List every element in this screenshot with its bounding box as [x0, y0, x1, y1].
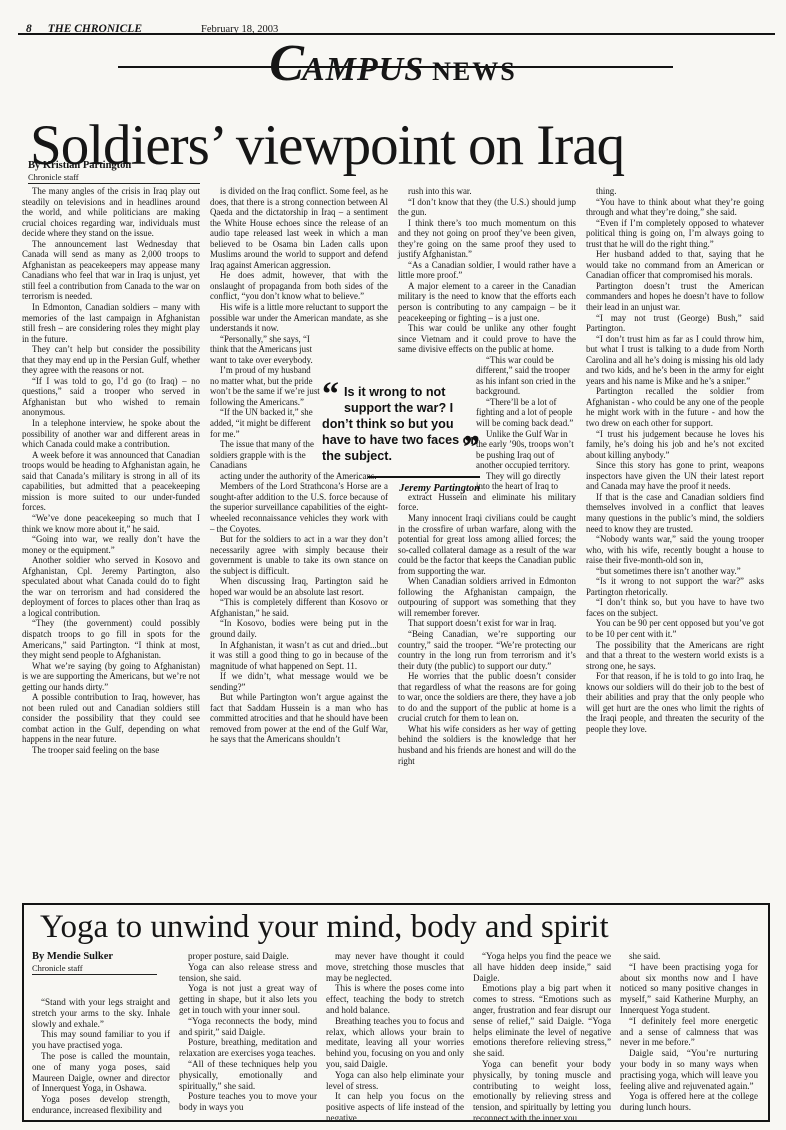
column-2-bottom: acting under the authority of the Americ… — [210, 471, 388, 745]
paragraph: When Canadian soldiers arrived in Edmont… — [398, 576, 576, 618]
paragraph: “Being Canadian, we’re supporting our co… — [398, 629, 576, 671]
paragraph: “They (the government) could possibly di… — [22, 618, 200, 660]
column-3-bottom: extract Hussein and eliminate his milita… — [398, 492, 576, 766]
paragraph: “We’ve done peacekeeping so much that I … — [22, 513, 200, 534]
paragraph: You can be 90 per cent opposed but you’v… — [586, 618, 764, 639]
yoga-column-2: proper posture, said Daigle.Yoga can als… — [179, 951, 317, 1122]
paragraph: In Edmonton, Canadian soldiers – many wi… — [22, 302, 200, 344]
paragraph: Since this story has gone to print, weap… — [586, 460, 764, 492]
paragraph: A week before it was announced that Cana… — [22, 450, 200, 513]
paragraph: A possible contribution to Iraq, however… — [22, 692, 200, 745]
paragraph: is divided on the Iraq conflict. Some fe… — [210, 186, 388, 270]
article-column-1: The many angles of the crisis in Iraq pl… — [22, 186, 200, 900]
paragraph: Partington doesn’t trust the American co… — [586, 281, 764, 313]
paragraph: When discussing Iraq, Partington said he… — [210, 576, 388, 597]
paragraph: If we didn’t, what message would we be s… — [210, 671, 388, 692]
paragraph: Yoga can also release stress and tension… — [179, 962, 317, 984]
yoga-column-5: she said.“I have been practising yoga fo… — [620, 951, 758, 1122]
paragraph: This is where the poses come into effect… — [326, 983, 464, 1015]
pull-quote-text: Is it wrong to not support the war? I do… — [322, 385, 478, 463]
paragraph: I think there’s too much momentum on thi… — [398, 218, 576, 260]
paragraph: “but sometimes there isn’t another way.” — [586, 566, 764, 577]
yoga-column-1: By Mendie Sulker Chronicle staff “Stand … — [32, 951, 170, 1122]
paragraph: Posture, breathing, meditation and relax… — [179, 1037, 317, 1059]
paragraph: What we’re saying (by going to Afghanist… — [22, 661, 200, 693]
paragraph: “I may not trust (George) Bush,” said Pa… — [586, 313, 764, 334]
paragraph: He worries that the public doesn’t consi… — [398, 671, 576, 724]
paragraph: “Going into war, we really don’t have th… — [22, 534, 200, 555]
paragraph: “You have to think about what they’re go… — [586, 197, 764, 218]
yoga-column-3: may never have thought it could move, st… — [326, 951, 464, 1122]
paragraph: may never have thought it could move, st… — [326, 951, 464, 983]
paragraph: “There’ll be a lot of fighting and a lot… — [476, 397, 576, 429]
paragraph: Yoga can benefit your body physically, b… — [473, 1059, 611, 1122]
paragraph: proper posture, said Daigle. — [179, 951, 317, 962]
main-byline-block: By Kristian Partington Chronicle staff — [28, 160, 208, 184]
paragraph: “This is completely different than Kosov… — [210, 597, 388, 618]
main-article-body: The many angles of the crisis in Iraq pl… — [22, 186, 764, 900]
yoga-article-box: Yoga to unwind your mind, body and spiri… — [22, 903, 770, 1122]
paragraph: “If I was told to go, I’d go (to Iraq) –… — [22, 376, 200, 418]
paragraph: Unlike the Gulf War in the early ’90s, t… — [476, 429, 576, 471]
paragraph: “Even if I’m completely opposed to whate… — [586, 218, 764, 250]
paragraph: Yoga is not just a great way of getting … — [179, 983, 317, 1015]
paragraph: They can’t help but consider the possibi… — [22, 344, 200, 376]
paragraph: Yoga can also help eliminate your level … — [326, 1070, 464, 1092]
paragraph: The trooper said feeling on the base — [22, 745, 200, 756]
paragraph: “I don’t know that they (the U.S.) shoul… — [398, 197, 576, 218]
paragraph: Partington recalled the soldier from Afg… — [586, 386, 764, 428]
paragraph: But while Partington won’t argue against… — [210, 692, 388, 745]
paragraph: Another soldier who served in Kosovo and… — [22, 555, 200, 618]
paragraph: Yoga poses develop strength, endurance, … — [32, 1094, 170, 1116]
paragraph: “Is it wrong to not support the war?” as… — [586, 576, 764, 597]
paragraph: Breathing teaches you to focus and relax… — [326, 1016, 464, 1070]
paragraph: rush into this war. — [398, 186, 576, 197]
paragraph: Yoga is offered here at the college duri… — [620, 1091, 758, 1113]
paragraph: The issue that many of the soldiers grap… — [210, 439, 320, 471]
paragraph: A major element to a career in the Canad… — [398, 281, 576, 323]
main-byline: By Kristian Partington — [28, 160, 208, 171]
paragraph: she said. — [620, 951, 758, 962]
column-2-top: is divided on the Iraq conflict. Some fe… — [210, 186, 388, 334]
paragraph: “I have been practising yoga for about s… — [620, 962, 758, 1016]
page-header: 8 THE CHRONICLE February 18, 2003 — [26, 19, 770, 34]
paragraph: His wife is a little more reluctant to s… — [210, 302, 388, 334]
section-title-initial: C — [269, 35, 302, 92]
paragraph: The many angles of the crisis in Iraq pl… — [22, 186, 200, 239]
paragraph: “I don’t think so, but you have to have … — [586, 597, 764, 618]
article-column-3: rush into this war.“I don’t know that th… — [398, 186, 576, 900]
section-title-suffix: NEWS — [432, 57, 517, 86]
paragraph: The possibility that the Americans are r… — [586, 640, 764, 672]
paragraph: “Yoga helps you find the peace we all ha… — [473, 951, 611, 983]
paragraph: “This war could be different,” said the … — [476, 355, 576, 397]
section-title-rest: AMPUS — [302, 51, 424, 88]
article-column-2: is divided on the Iraq conflict. Some fe… — [210, 186, 388, 900]
paragraph: “Personally,” she says, “I think that th… — [210, 334, 320, 366]
paragraph: Posture teaches you to move your body in… — [179, 1091, 317, 1113]
paragraph: Daigle said, “You’re nurturing your body… — [620, 1048, 758, 1091]
paragraph: thing. — [586, 186, 764, 197]
paragraph: “Stand with your legs straight and stret… — [32, 997, 170, 1029]
column-2-beside-quote: “Personally,” she says, “I think that th… — [210, 334, 320, 471]
article-column-4: thing.“You have to think about what they… — [586, 186, 764, 900]
paragraph: They will go directly into the heart of … — [476, 471, 576, 492]
paragraph: The pose is called the mountain, one of … — [32, 1051, 170, 1094]
column-3-beside-quote: “This war could be different,” said the … — [476, 355, 576, 492]
paragraph: “I don’t trust him as far as I could thr… — [586, 334, 764, 387]
yoga-column-1-text: “Stand with your legs straight and stret… — [32, 997, 170, 1116]
paragraph: Her husband added to that, saying that h… — [586, 249, 764, 281]
pull-quote-attribution: Jeremy Partington — [322, 481, 480, 497]
paragraph: Many innocent Iraqi civilians could be c… — [398, 513, 576, 576]
paragraph: “Yoga reconnects the body, mind and spir… — [179, 1016, 317, 1038]
paragraph: This may sound familiar to you if you ha… — [32, 1029, 170, 1051]
paragraph: “In Kosovo, bodies were being put in the… — [210, 618, 388, 639]
paragraph: The announcement last Wednesday that Can… — [22, 239, 200, 302]
attribution-rule — [368, 476, 480, 478]
paragraph: “Nobody wants war,” said the young troop… — [586, 534, 764, 566]
paragraph: “I definitely feel more energetic and a … — [620, 1016, 758, 1048]
open-quote-mark: “ — [322, 384, 339, 406]
paragraph: Emotions play a big part when it comes t… — [473, 983, 611, 1059]
paragraph: In a telephone interview, he spoke about… — [22, 418, 200, 450]
paragraph: “As a Canadian soldier, I would rather h… — [398, 260, 576, 281]
section-banner: CAMPUSNEWS — [0, 34, 786, 93]
paragraph: For that reason, if he is told to go int… — [586, 671, 764, 734]
paragraph: “If the UN backed it,” she added, “it mi… — [210, 407, 320, 439]
pull-quote: “Is it wrong to not support the war? I d… — [322, 384, 480, 497]
paragraph: In Afghanistan, it wasn’t as cut and dri… — [210, 640, 388, 672]
paragraph: “I trust his judgement because he loves … — [586, 429, 764, 461]
yoga-column-4: “Yoga helps you find the peace we all ha… — [473, 951, 611, 1122]
paragraph: It can help you focus on the positive as… — [326, 1091, 464, 1122]
column-3-top: rush into this war.“I don’t know that th… — [398, 186, 576, 355]
main-byline-org: Chronicle staff — [28, 172, 200, 184]
paragraph: He does admit, however, that with the on… — [210, 270, 388, 302]
paragraph: But for the soldiers to act in a war the… — [210, 534, 388, 576]
yoga-article-body: By Mendie Sulker Chronicle staff “Stand … — [32, 951, 760, 1122]
paragraph: “All of these techniques help you physic… — [179, 1059, 317, 1091]
yoga-byline: By Mendie Sulker — [32, 951, 170, 962]
yoga-headline: Yoga to unwind your mind, body and spiri… — [40, 909, 760, 946]
paragraph: That support doesn’t exist for war in Ir… — [398, 618, 576, 629]
yoga-byline-org: Chronicle staff — [32, 963, 157, 975]
paragraph: This war could be unlike any other fough… — [398, 323, 576, 355]
paragraph: What his wife considers as her way of ge… — [398, 724, 576, 766]
paragraph: I’m proud of my husband no matter what, … — [210, 365, 320, 407]
paragraph: If that is the case and Canadian soldier… — [586, 492, 764, 534]
